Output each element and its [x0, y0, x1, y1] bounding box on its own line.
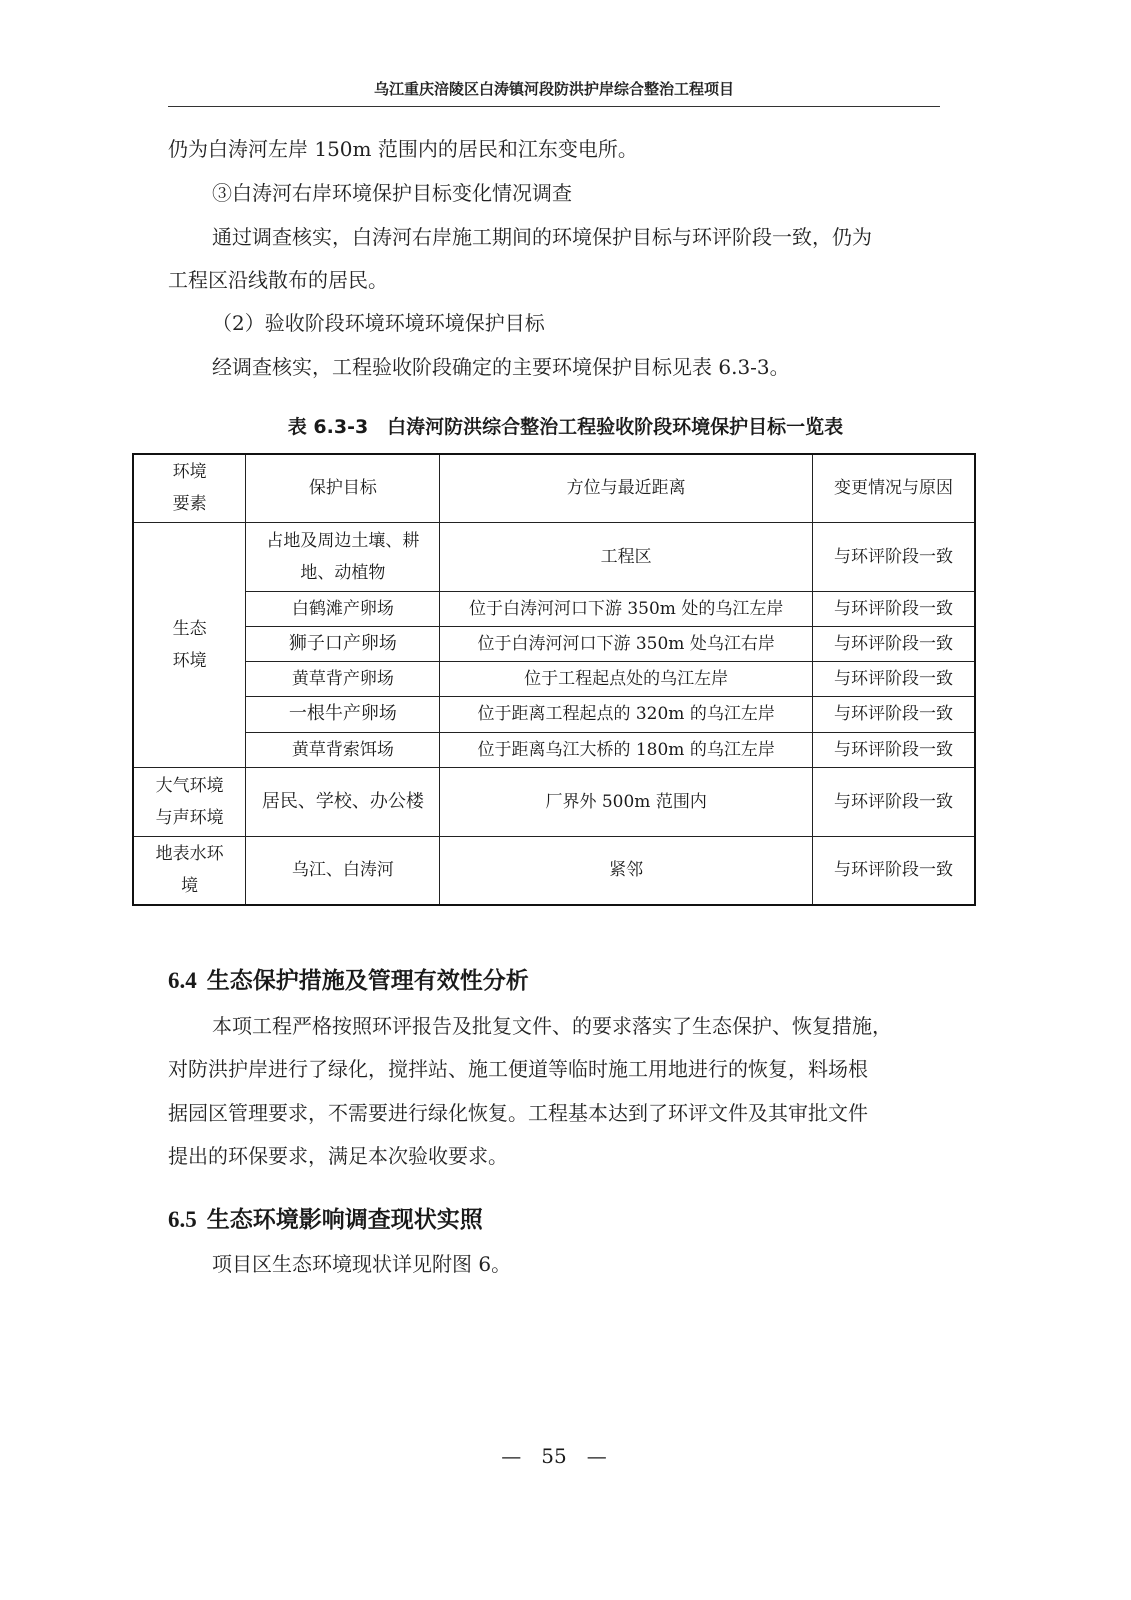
location-cell: 位于距离乌江大桥的 180m 的乌江左岸: [440, 732, 813, 767]
paragraph: 项目区生态环境现状详见附图 6。: [212, 1252, 511, 1276]
change-cell: 与环评阶段一致: [813, 591, 975, 626]
table-row: 地表水环境 乌江、白涛河 紧邻 与环评阶段一致: [133, 836, 975, 905]
paragraph-line: 对防洪护岸进行了绿化，搅拌站、施工便道等临时施工用地进行的恢复，料场根: [168, 1057, 868, 1081]
paragraph-line: 提出的环保要求，满足本次验收要求。: [168, 1144, 508, 1168]
running-header: 乌江重庆涪陵区白涛镇河段防洪护岸综合整治工程项目: [168, 78, 940, 99]
paragraph: 通过调查核实，白涛河右岸施工期间的环境保护目标与环评阶段一致，仍为: [212, 225, 872, 249]
table-row: 一根牛产卵场 位于距离工程起点的 320m 的乌江左岸 与环评阶段一致: [133, 696, 975, 732]
table-row: 大气环境与声环境 居民、学校、办公楼 厂界外 500m 范围内 与环评阶段一致: [133, 767, 975, 836]
section-title: 生态保护措施及管理有效性分析: [207, 968, 529, 994]
change-cell: 与环评阶段一致: [813, 626, 975, 661]
page-number: — 55 —: [0, 1440, 1108, 1469]
table-row: 黄草背产卵场 位于工程起点处的乌江左岸 与环评阶段一致: [133, 661, 975, 696]
location-cell: 位于白涛河河口下游 350m 处乌江右岸: [440, 626, 813, 661]
subheading: （2）验收阶段环境环境环境保护目标: [212, 311, 545, 335]
table-caption: 表 6.3-3 白涛河防洪综合整治工程验收阶段环境保护目标一览表: [0, 412, 1131, 439]
location-cell: 位于距离工程起点的 320m 的乌江左岸: [440, 696, 813, 732]
target-cell: 乌江、白涛河: [246, 836, 440, 905]
section-title: 生态环境影响调查现状实照: [207, 1207, 483, 1233]
target-cell: 黄草背产卵场: [246, 661, 440, 696]
subheading: ③白涛河右岸环境保护目标变化情况调查: [212, 181, 572, 205]
paragraph-line: 本项工程严格按照环评报告及批复文件、的要求落实了生态保护、恢复措施，: [212, 1014, 892, 1038]
section-number: 6.5: [168, 1207, 197, 1232]
location-cell: 位于工程起点处的乌江左岸: [440, 661, 813, 696]
paragraph: 经调查核实，工程验收阶段确定的主要环境保护目标见表 6.3-3。: [212, 355, 790, 379]
element-cell: 生态环境: [133, 522, 246, 767]
section-heading-6-4: 6.4生态保护措施及管理有效性分析: [168, 962, 529, 995]
section-number: 6.4: [168, 968, 197, 993]
location-cell: 紧邻: [440, 836, 813, 905]
table-row: 白鹤滩产卵场 位于白涛河河口下游 350m 处的乌江左岸 与环评阶段一致: [133, 591, 975, 626]
paragraph: 仍为白涛河左岸 150m 范围内的居民和江东变电所。: [168, 137, 638, 161]
table-row: 黄草背索饵场 位于距离乌江大桥的 180m 的乌江左岸 与环评阶段一致: [133, 732, 975, 767]
target-cell: 黄草背索饵场: [246, 732, 440, 767]
target-cell: 居民、学校、办公楼: [246, 767, 440, 836]
target-cell: 一根牛产卵场: [246, 696, 440, 732]
header-divider: [168, 106, 940, 107]
change-cell: 与环评阶段一致: [813, 836, 975, 905]
paragraph: 工程区沿线散布的居民。: [168, 268, 388, 292]
target-cell: 白鹤滩产卵场: [246, 591, 440, 626]
location-cell: 位于白涛河河口下游 350m 处的乌江左岸: [440, 591, 813, 626]
column-header: 环境要素: [133, 454, 246, 522]
column-header: 方位与最近距离: [440, 454, 813, 522]
location-cell: 工程区: [440, 522, 813, 591]
table-row: 生态环境 占地及周边土壤、耕地、动植物 工程区 与环评阶段一致: [133, 522, 975, 591]
table-row: 狮子口产卵场 位于白涛河河口下游 350m 处乌江右岸 与环评阶段一致: [133, 626, 975, 661]
column-header: 保护目标: [246, 454, 440, 522]
table-header-row: 环境要素 保护目标 方位与最近距离 变更情况与原因: [133, 454, 975, 522]
change-cell: 与环评阶段一致: [813, 696, 975, 732]
element-cell: 地表水环境: [133, 836, 246, 905]
element-cell: 大气环境与声环境: [133, 767, 246, 836]
target-cell: 狮子口产卵场: [246, 626, 440, 661]
column-header: 变更情况与原因: [813, 454, 975, 522]
protection-targets-table: 环境要素 保护目标 方位与最近距离 变更情况与原因 生态环境 占地及周边土壤、耕…: [132, 453, 976, 906]
paragraph-line: 据园区管理要求，不需要进行绿化恢复。工程基本达到了环评文件及其审批文件: [168, 1101, 868, 1125]
change-cell: 与环评阶段一致: [813, 767, 975, 836]
target-cell: 占地及周边土壤、耕地、动植物: [246, 522, 440, 591]
change-cell: 与环评阶段一致: [813, 732, 975, 767]
location-cell: 厂界外 500m 范围内: [440, 767, 813, 836]
change-cell: 与环评阶段一致: [813, 522, 975, 591]
section-heading-6-5: 6.5生态环境影响调查现状实照: [168, 1201, 483, 1234]
change-cell: 与环评阶段一致: [813, 661, 975, 696]
